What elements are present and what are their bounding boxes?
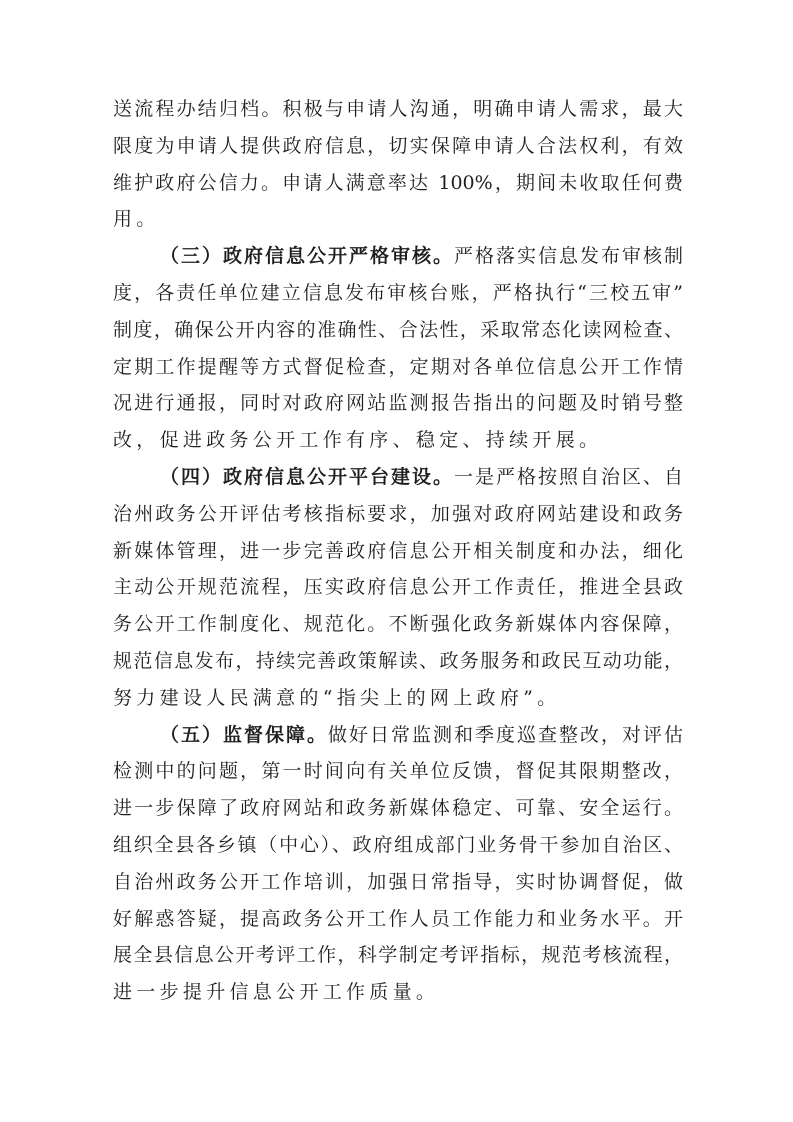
text-line: 进一步保障了政府网站和政务新媒体稳定、可靠、安全运行。: [113, 793, 683, 830]
paragraph-text: 一是严格按照自治区、自: [454, 466, 683, 488]
text-line: 定期工作提醒等方式督促检查，定期对各单位信息公开工作情: [113, 352, 683, 389]
text-line: 主动公开规范流程，压实政府信息公开工作责任，推进全县政: [113, 572, 683, 609]
section-heading: （四）政府信息公开平台建设。: [160, 466, 454, 488]
text-line: 送流程办结归档。积极与申请人沟通，明确申请人需求，最大: [113, 94, 683, 131]
text-line: 度，各责任单位建立信息发布审核台账，严格执行“三校五审”: [113, 278, 683, 315]
text-line: 治州政务公开评估考核指标要求，加强对政府网站建设和政务: [113, 499, 683, 536]
text-line: 况进行通报，同时对政府网站监测报告指出的问题及时销号整: [113, 388, 683, 425]
section-heading: （五）监督保障。: [160, 724, 328, 746]
text-line: 检测中的问题，第一时间向有关单位反馈，督促其限期整改，: [113, 756, 683, 793]
text-line: 组织全县各乡镇（中心）、政府组成部门业务骨干参加自治区、: [113, 830, 683, 867]
text-line: 规范信息发布，持续完善政策解读、政务服务和政民互动功能，: [113, 646, 683, 683]
text-line: 用。: [113, 204, 683, 241]
paragraph-text: 严格落实信息发布审核制: [454, 245, 683, 267]
text-line: 自治州政务公开工作培训，加强日常指导，实时协调督促，做: [113, 867, 683, 904]
text-line: 维护政府公信力。申请人满意率达 100%，期间未收取任何费: [113, 168, 683, 205]
text-line: 务公开工作制度化、规范化。不断强化政务新媒体内容保障，: [113, 609, 683, 646]
document-page: 送流程办结归档。积极与申请人沟通，明确申请人需求，最大 限度为申请人提供政府信息…: [113, 94, 683, 1014]
paragraph-first-line: （五）监督保障。做好日常监测和季度巡查整改，对评估: [113, 720, 683, 757]
text-line: 进一步提升信息公开工作质量。: [113, 977, 683, 1014]
text-line: 努力建设人民满意的“指尖上的网上政府”。: [113, 683, 683, 720]
section-heading: （三）政府信息公开严格审核。: [160, 245, 454, 267]
paragraph-text: 做好日常监测和季度巡查整改，对评估: [328, 724, 683, 746]
paragraph-first-line: （四）政府信息公开平台建设。一是严格按照自治区、自: [113, 462, 683, 499]
text-line: 限度为申请人提供政府信息，切实保障申请人合法权利，有效: [113, 131, 683, 168]
text-line: 制度，确保公开内容的准确性、合法性，采取常态化读网检查、: [113, 315, 683, 352]
paragraph-first-line: （三）政府信息公开严格审核。严格落实信息发布审核制: [113, 241, 683, 278]
text-line: 展全县信息公开考评工作，科学制定考评指标，规范考核流程，: [113, 940, 683, 977]
text-line: 新媒体管理，进一步完善政府信息公开相关制度和办法，细化: [113, 536, 683, 573]
text-line: 改，促进政务公开工作有序、稳定、持续开展。: [113, 425, 683, 462]
text-line: 好解惑答疑，提高政务公开工作人员工作能力和业务水平。开: [113, 904, 683, 941]
